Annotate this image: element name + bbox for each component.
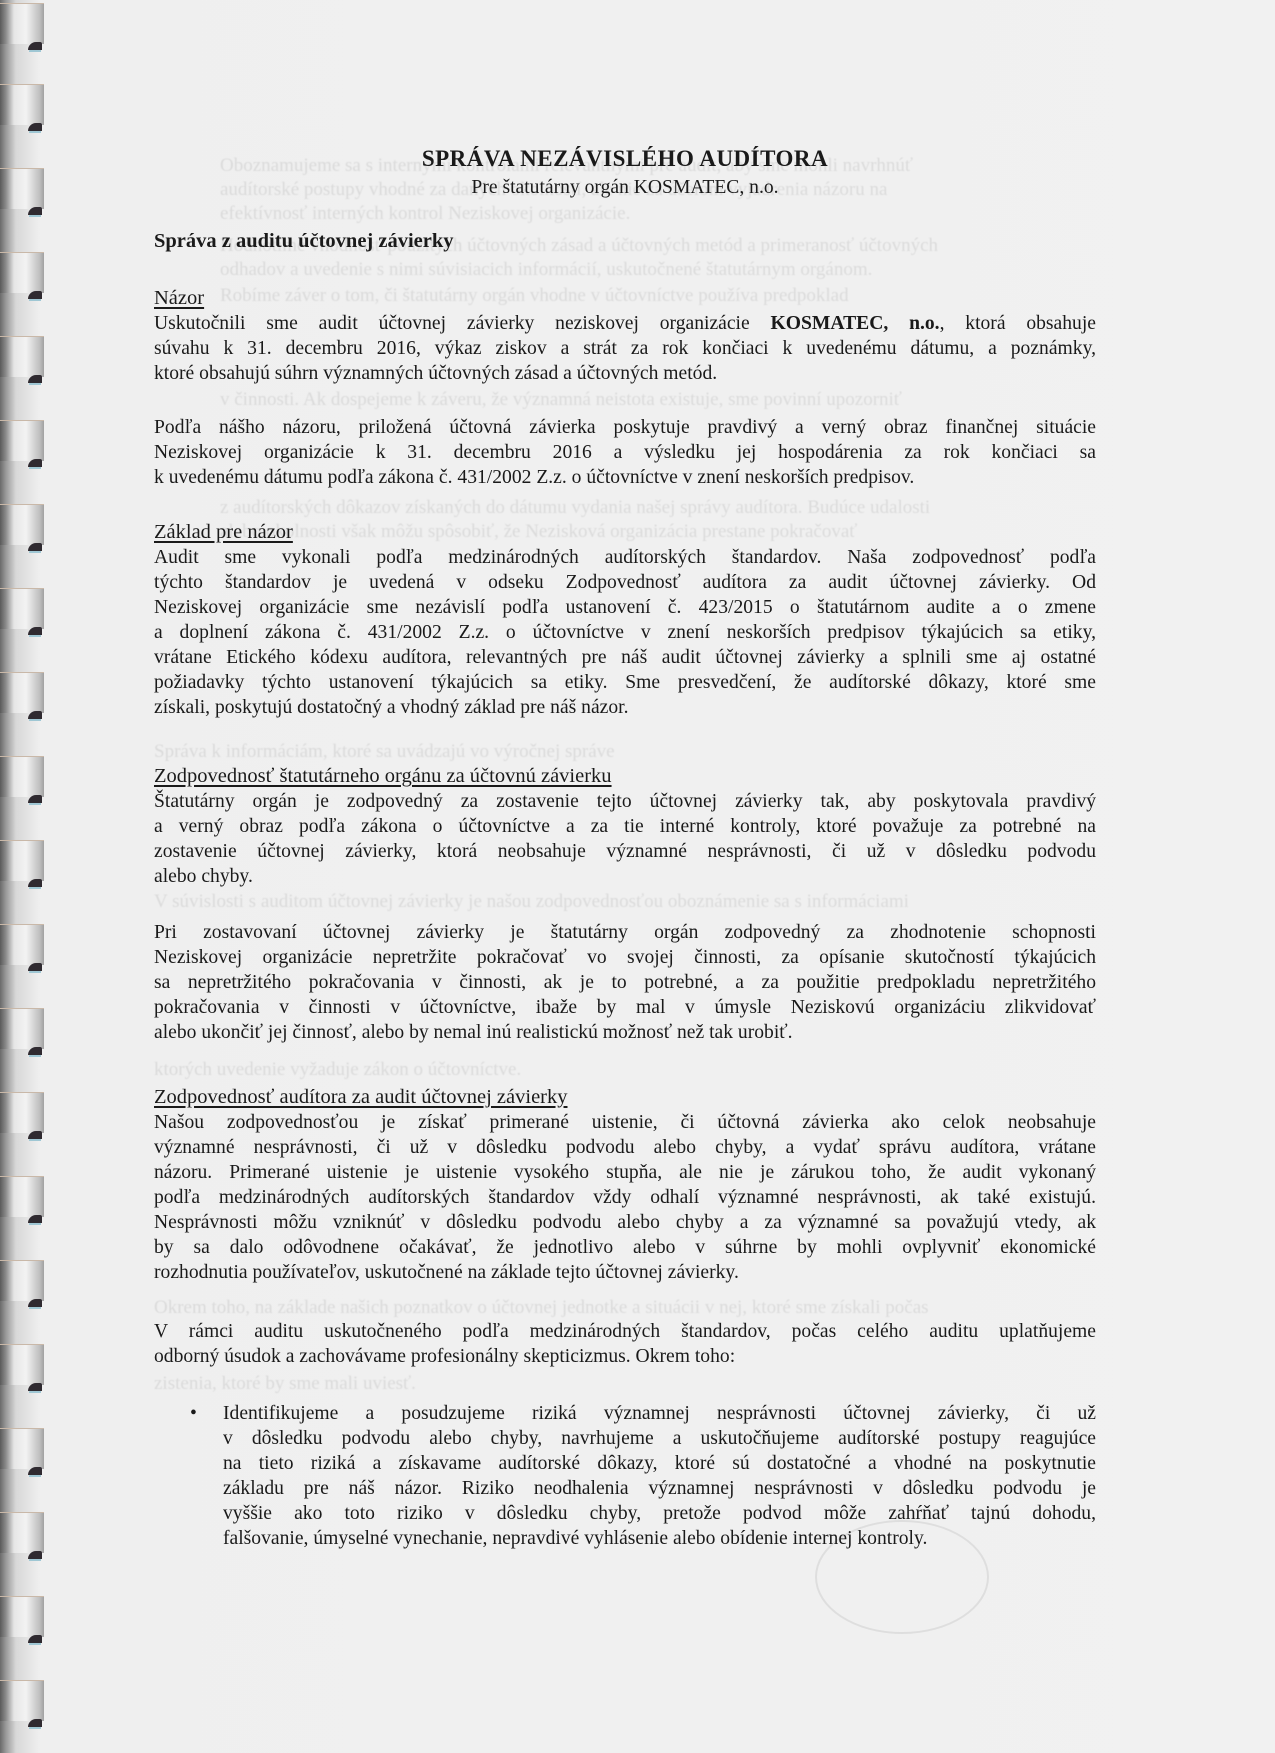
paragraph-line: Pri zostavovaní účtovnej závierky je šta… — [154, 921, 1096, 945]
section-heading-nazor: Názor — [154, 286, 1096, 310]
paragraph-line: V rámci auditu uskutočneného podľa medzi… — [154, 1320, 1096, 1344]
section-heading-zaklad: Základ pre názor — [154, 520, 1096, 544]
paragraph-line: a doplnení zákona č. 431/2002 Z.z. o účt… — [154, 621, 1096, 645]
paragraph-line: požiadavky týchto ustanovení týkajúcich … — [154, 671, 1096, 695]
paragraph-line: Našou zodpovednosťou je získať primerané… — [154, 1111, 1096, 1135]
paragraph-line: Štatutárny orgán je zodpovedný za zostav… — [154, 790, 1096, 814]
paragraph-line: sa nepretržitého pokračovania v činnosti… — [154, 971, 1096, 995]
scanned-page: Oboznamujeme sa s internými kontrolami r… — [0, 0, 1275, 1753]
paragraph-line: alebo chyby. — [154, 865, 1096, 889]
bullet-line: vyššie ako toto riziko v dôsledku chyby,… — [223, 1502, 1096, 1526]
paragraph-line: by sa dalo odôvodnene očakávať, že jedno… — [154, 1236, 1096, 1260]
bullet-line: falšovanie, úmyselné vynechanie, nepravd… — [223, 1527, 1096, 1551]
paragraph-line: a verný obraz podľa zákona o účtovníctve… — [154, 815, 1096, 839]
paragraph-line: rozhodnutia používateľov, uskutočnené na… — [154, 1261, 1096, 1285]
bullet-icon: • — [190, 1402, 197, 1426]
paragraph-line: Nesprávnosti môžu vzniknúť v dôsledku po… — [154, 1211, 1096, 1235]
bullet-line: Identifikujeme a posudzujeme riziká význ… — [223, 1402, 1096, 1426]
text-segment: Uskutočnili sme audit účtovnej závierky … — [154, 313, 771, 334]
paragraph-line: získali, poskytujú dostatočný a vhodný z… — [154, 696, 1096, 720]
organization-name: KOSMATEC, n.o. — [771, 313, 940, 334]
paragraph-line: súvahu k 31. decembru 2016, výkaz ziskov… — [154, 337, 1096, 361]
bullet-line: základu pre náš názor. Riziko neodhaleni… — [223, 1477, 1096, 1501]
paragraph-line: podľa medzinárodných audítorských štanda… — [154, 1186, 1096, 1210]
document-subtitle: Pre štatutárny orgán KOSMATEC, n.o. — [154, 176, 1096, 200]
paragraph-line: názoru. Primerané uistenie je uistenie v… — [154, 1161, 1096, 1185]
paragraph-line: Neziskovej organizácie nepretržite pokra… — [154, 946, 1096, 970]
paragraph-line: pokračovania v činnosti v účtovníctve, i… — [154, 996, 1096, 1020]
main-heading: Správa z auditu účtovnej závierky — [154, 229, 1096, 253]
paragraph-line: Neziskovej organizácie k 31. decembru 20… — [154, 441, 1096, 465]
text-segment: , ktorá obsahuje — [940, 313, 1096, 334]
paragraph-line: alebo ukončiť jej činnosť, alebo by nema… — [154, 1021, 1096, 1045]
paragraph-line: týchto štandardov je uvedená v odseku Zo… — [154, 571, 1096, 595]
paragraph-line: zostavenie účtovnej závierky, ktorá neob… — [154, 840, 1096, 864]
section-heading-zodpovednost-organu: Zodpovednosť štatutárneho orgánu za účto… — [154, 764, 1096, 788]
paragraph-line: odborný úsudok a zachovávame profesionál… — [154, 1345, 1096, 1369]
paragraph-line: Audit sme vykonali podľa medzinárodných … — [154, 546, 1096, 570]
paragraph-line: významné nesprávnosti, či už v dôsledku … — [154, 1136, 1096, 1160]
section-heading-zodpovednost-auditora: Zodpovednosť audítora za audit účtovnej … — [154, 1085, 1096, 1109]
paragraph-line: Podľa nášho názoru, priložená účtovná zá… — [154, 416, 1096, 440]
document-body: SPRÁVA NEZÁVISLÉHO AUDÍTORA Pre štatutár… — [0, 0, 1275, 1753]
paragraph-line: ktoré obsahujú súhrn významných účtovnýc… — [154, 362, 1096, 386]
paragraph-line: Uskutočnili sme audit účtovnej závierky … — [154, 312, 1096, 336]
paragraph-line: Neziskovej organizácie sme nezávislí pod… — [154, 596, 1096, 620]
bullet-line: v dôsledku podvodu alebo chyby, navrhuje… — [223, 1427, 1096, 1451]
document-title: SPRÁVA NEZÁVISLÉHO AUDÍTORA — [154, 147, 1096, 171]
paragraph-line: vrátane Etického kódexu audítora, releva… — [154, 646, 1096, 670]
bullet-line: na tieto riziká a získavame audítorské d… — [223, 1452, 1096, 1476]
paragraph-line: k uvedenému dátumu podľa zákona č. 431/2… — [154, 466, 1096, 490]
